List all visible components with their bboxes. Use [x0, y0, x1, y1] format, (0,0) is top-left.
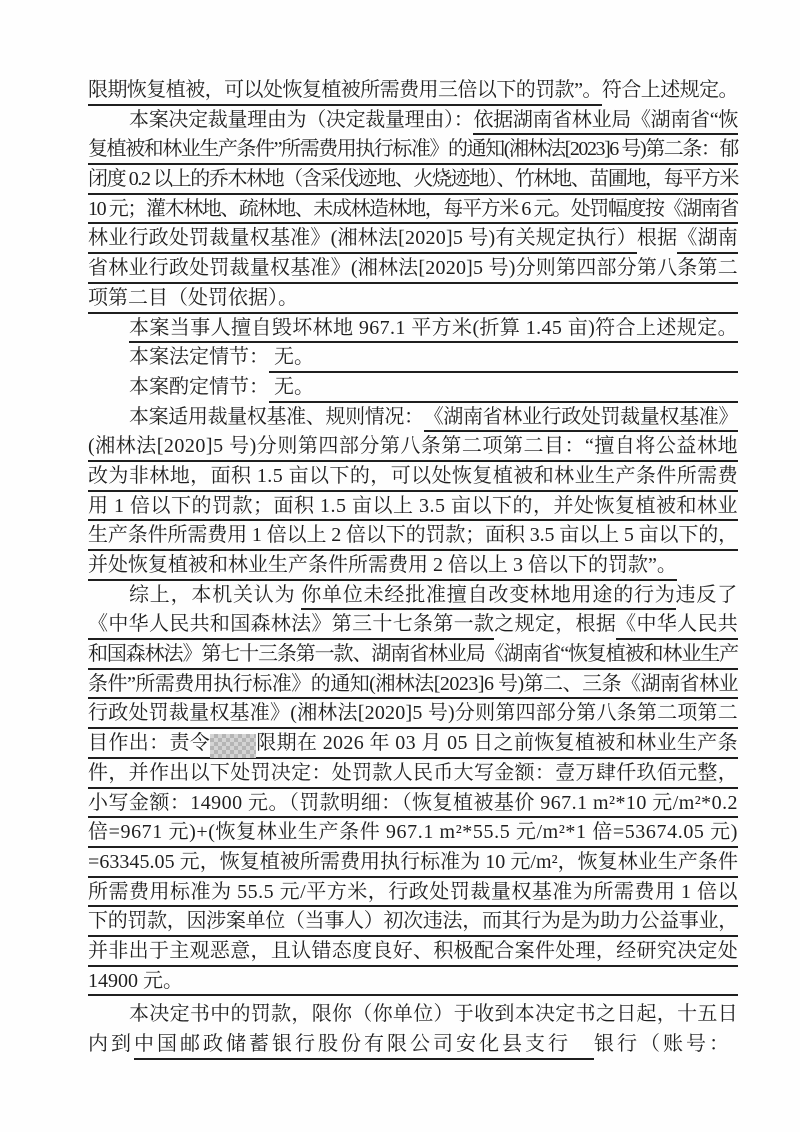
- text-segment: 本案酌定情节：: [129, 373, 269, 403]
- text-segment: 符合上述规定。: [602, 76, 738, 106]
- underlined-segment: 下的罚款，因涉案单位（当事人）初次违法，而其行为是为助力公益事业，: [88, 907, 738, 937]
- text-line: 本案决定裁量理由为（决定裁量理由）：依据湖南省林业局《湖南省“恢: [88, 106, 738, 136]
- underlined-segment: 生产条件所需费用 1 倍以上 2 倍以下的罚款；面积 3.5 亩以上 5 亩以下…: [88, 521, 738, 551]
- text-line: 生产条件所需费用 1 倍以上 2 倍以下的罚款；面积 3.5 亩以上 5 亩以下…: [88, 521, 738, 551]
- blank-underline: [298, 284, 738, 314]
- underlined-segment: 改为非林地，面积 1.5 亩以下的，可以处恢复植被和林业生产条件所需费: [88, 462, 738, 492]
- underlined-segment: 本案当事人擅自毁坏林地 967.1 平方米(折算 1.45 亩)符合上述规定。: [129, 314, 738, 344]
- text-line: 改为非林地，面积 1.5 亩以下的，可以处恢复植被和林业生产条件所需费: [88, 462, 738, 492]
- underlined-segment: 并处恢复植被和林业生产条件所需费用 2 倍以上 3 倍以下的罚款”。: [88, 551, 677, 581]
- text-line: (湘林法[2020]5 号)分则第四部分第八条第二项第二目：“擅自将公益林地: [88, 432, 738, 462]
- text-line: 目作出：责令限期在 2026 年 03 月 05 日之前恢复植被和林业生产条: [88, 729, 738, 759]
- underlined-segment: 无。: [269, 373, 314, 403]
- text-line: 限期恢复植被，可以处恢复植被所需费用三倍以下的罚款”。符合上述规定。: [88, 76, 738, 106]
- underlined-segment: 《中华人民共: [616, 610, 738, 640]
- underlined-segment: 林业行政处罚裁量权基准》(湘林法[2020]5 号)有关规定执行）: [88, 224, 637, 254]
- text-line: 本案当事人擅自毁坏林地 967.1 平方米(折算 1.45 亩)符合上述规定。: [88, 314, 738, 344]
- text-line: 并处恢复植被和林业生产条件所需费用 2 倍以上 3 倍以下的罚款”。: [88, 551, 738, 581]
- underlined-segment: 所需费用标准为 55.5 元/平方米，行政处罚裁量权基准为所需费用 1 倍以: [88, 878, 738, 908]
- underlined-segment: 用 1 倍以下的罚款；面积 1.5 亩以上 3.5 亩以下的，并处恢复植被和林业: [88, 492, 738, 522]
- underlined-segment: 省林业行政处罚裁量权基准》(湘林法[2020]5 号)分则第四部分第八条第二: [88, 254, 738, 284]
- underlined-segment: 无。: [269, 343, 314, 373]
- underlined-segment: 和国森林法》第七十三条第一款、湖南省林业局《湖南省“恢复植被和林业生产: [88, 640, 738, 670]
- underlined-segment: =63345.05 元，恢复植被所需费用执行标准为 10 元/m²，恢复林业生产…: [88, 848, 738, 878]
- underlined-segment: 项第二目（处罚依据）。: [88, 284, 298, 314]
- text-segment: 内到: [88, 1030, 134, 1060]
- text-segment: 违反了: [676, 581, 738, 611]
- underlined-segment: 闭度 0.2 以上的乔木林地（含采伐迹地、火烧迹地）、竹林地、苗圃地，每平方米: [88, 165, 738, 195]
- text-line: 所需费用标准为 55.5 元/平方米，行政处罚裁量权基准为所需费用 1 倍以: [88, 878, 738, 908]
- text-line: 行政处罚裁量权基准》(湘林法[2020]5 号)分则第四部分第八条第二项第二: [88, 699, 738, 729]
- text-segment: 之规定，根据: [494, 610, 616, 640]
- text-line: 本案适用裁量权基准、规则情况：《湖南省林业行政处罚裁量权基准》: [88, 403, 738, 433]
- text-line: =63345.05 元，恢复植被所需费用执行标准为 10 元/m²，恢复林业生产…: [88, 848, 738, 878]
- underlined-segment: 复植被和林业生产条件”所需费用执行标准》的通知(湘林法[2023]6 号)第二条…: [88, 135, 738, 165]
- text-line: 下的罚款，因涉案单位（当事人）初次违法，而其行为是为助力公益事业，: [88, 907, 738, 937]
- text-line: 林业行政处罚裁量权基准》(湘林法[2020]5 号)有关规定执行）根据《湖南: [88, 224, 738, 254]
- text-segment: 本案法定情节：: [129, 343, 269, 373]
- underlined-segment: 限期恢复植被，可以处恢复植被所需费用三倍以下的罚款”。: [88, 76, 602, 106]
- underlined-segment: 限期在 2026 年 03 月 05 日之前恢复植被和林业生产条: [256, 729, 738, 759]
- underlined-segment: 件，并作出以下处罚决定：处罚款人民币大写金额：壹万肆仟玖佰元整，: [88, 759, 738, 789]
- underlined-segment: 《湖南省林业行政处罚裁量权基准》: [424, 403, 738, 433]
- underlined-segment: 10 元；灌木林地、疏林地、未成林造林地，每平方米 6 元。处罚幅度按《湖南省: [88, 195, 738, 225]
- text-line: 省林业行政处罚裁量权基准》(湘林法[2020]5 号)分则第四部分第八条第二: [88, 254, 738, 284]
- text-segment: 本决定书中的罚款，限你（你单位）于收到本决定书之日起，十五日: [129, 1000, 738, 1030]
- underlined-segment: 《中华人民共和国森林法》第三十七条第一款: [88, 610, 494, 640]
- text-line: 倍=9671 元)+(恢复林业生产条件 967.1 m²*55.5 元/m²*1…: [88, 818, 738, 848]
- text-line: 小写金额：14900 元。（罚款明细：（恢复植被基价 967.1 m²*10 元…: [88, 789, 738, 819]
- text-line: 件，并作出以下处罚决定：处罚款人民币大写金额：壹万肆仟玖佰元整，: [88, 759, 738, 789]
- text-line: 项第二目（处罚依据）。: [88, 284, 738, 314]
- underlined-segment: 依据湖南省林业局《湖南省“恢: [473, 106, 738, 136]
- underlined-segment: 14900 元。: [88, 967, 183, 997]
- underlined-segment: 条件”所需费用执行标准》的通知(湘林法[2023]6 号)第二、三条《湖南省林业: [88, 670, 738, 700]
- underlined-segment: 倍=9671 元)+(恢复林业生产条件 967.1 m²*55.5 元/m²*1…: [88, 818, 738, 848]
- text-segment: 本案适用裁量权基准、规则情况：: [129, 403, 424, 433]
- text-line: 并非出于主观恶意，且认错态度良好、积极配合案件处理，经研究决定处: [88, 937, 738, 967]
- text-line: 内到中国邮政储蓄银行股份有限公司安化县支行 银行（账号：: [88, 1030, 738, 1060]
- underlined-segment: 中国邮政储蓄银行股份有限公司安化县支行: [134, 1030, 594, 1060]
- underlined-segment: (湘林法[2020]5 号)分则第四部分第八条第二项第二目：“擅自将公益林地: [88, 432, 738, 462]
- text-segment: 综上，本机关认为: [129, 581, 301, 611]
- text-line: 本案酌定情节： 无。: [88, 373, 738, 403]
- blank-underline: [183, 967, 738, 997]
- underlined-segment: 小写金额：14900 元。（罚款明细：（恢复植被基价 967.1 m²*10 元…: [88, 789, 738, 819]
- blank-underline: [314, 343, 738, 373]
- scanned-document-page: 限期恢复植被，可以处恢复植被所需费用三倍以下的罚款”。符合上述规定。本案决定裁量…: [0, 0, 800, 1132]
- text-line: 《中华人民共和国森林法》第三十七条第一款之规定，根据《中华人民共: [88, 610, 738, 640]
- underlined-segment: 你单位未经批准擅自改变林地用途的行为: [301, 581, 675, 611]
- text-line: 用 1 倍以下的罚款；面积 1.5 亩以上 3.5 亩以下的，并处恢复植被和林业: [88, 492, 738, 522]
- blank-underline: [314, 373, 738, 403]
- text-segment: 银行（账号：: [594, 1030, 732, 1060]
- underlined-segment: 《湖南: [677, 224, 738, 254]
- document-body: 限期恢复植被，可以处恢复植被所需费用三倍以下的罚款”。符合上述规定。本案决定裁量…: [88, 76, 738, 1060]
- redacted-name-block: [210, 729, 256, 759]
- text-segment: 本案决定裁量理由为（决定裁量理由）：: [129, 106, 473, 136]
- text-line: 综上，本机关认为 你单位未经批准擅自改变林地用途的行为违反了: [88, 581, 738, 611]
- text-line: 本案法定情节： 无。: [88, 343, 738, 373]
- text-line: 条件”所需费用执行标准》的通知(湘林法[2023]6 号)第二、三条《湖南省林业: [88, 670, 738, 700]
- text-line: 和国森林法》第七十三条第一款、湖南省林业局《湖南省“恢复植被和林业生产: [88, 640, 738, 670]
- text-line: 本决定书中的罚款，限你（你单位）于收到本决定书之日起，十五日: [88, 1000, 738, 1030]
- text-line: 复植被和林业生产条件”所需费用执行标准》的通知(湘林法[2023]6 号)第二条…: [88, 135, 738, 165]
- underlined-segment: 行政处罚裁量权基准》(湘林法[2020]5 号)分则第四部分第八条第二项第二: [88, 699, 738, 729]
- text-line: 闭度 0.2 以上的乔木林地（含采伐迹地、火烧迹地）、竹林地、苗圃地，每平方米: [88, 165, 738, 195]
- underlined-segment: 并非出于主观恶意，且认错态度良好、积极配合案件处理，经研究决定处: [88, 937, 738, 967]
- underlined-segment: 目作出：责令: [88, 729, 210, 759]
- text-line: 14900 元。: [88, 967, 738, 997]
- text-line: 10 元；灌木林地、疏林地、未成林造林地，每平方米 6 元。处罚幅度按《湖南省: [88, 195, 738, 225]
- text-segment: 根据: [637, 224, 677, 254]
